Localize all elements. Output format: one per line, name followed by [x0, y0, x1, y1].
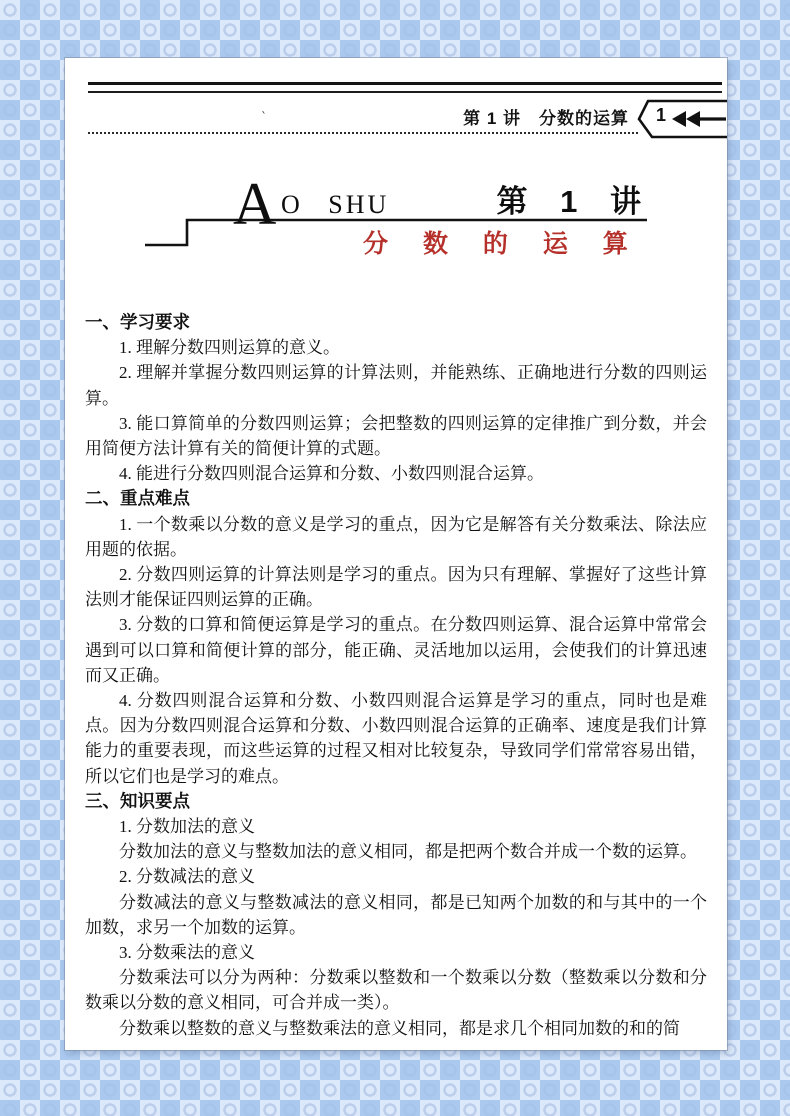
paragraph: 2. 分数四则运算的计算法则是学习的重点。因为只有理解、掌握好了这些计算法则才能… [85, 562, 707, 612]
logo-text: O SHU [281, 190, 389, 220]
paragraph: 4. 能进行分数四则混合运算和分数、小数四则混合运算。 [85, 461, 707, 486]
paragraph: 3. 分数乘法的意义 [85, 940, 707, 965]
page-number: 1 [651, 105, 671, 126]
paragraph: 1. 一个数乘以分数的意义是学习的重点，因为它是解答有关分数乘法、除法应用题的依… [85, 512, 707, 562]
paragraph: 分数乘以整数的意义与整数乘法的意义相同，都是求几个相同加数的和的简 [85, 1016, 707, 1041]
paragraph: 1. 分数加法的意义 [85, 814, 707, 839]
lecture-masthead: A O SHU 第 1 讲 分 数 的 运 算 [135, 176, 695, 271]
lecture-number: 第 1 讲 [497, 176, 653, 221]
screenshot-root: { "page": { "header": { "chapter_label":… [0, 0, 790, 1116]
lecture-title: 分 数 的 运 算 [363, 224, 642, 260]
paragraph: 2. 分数减法的意义 [85, 864, 707, 889]
section-heading: 一、学习要求 [85, 310, 707, 335]
page-number-tab: 1 [635, 98, 727, 140]
paragraph: 分数加法的意义与整数加法的意义相同，都是把两个数合并成一个数的运算。 [85, 839, 707, 864]
top-double-rule [88, 82, 722, 93]
paragraph: 4. 分数四则混合运算和分数、小数四则混合运算是学习的重点，同时也是难点。因为分… [85, 688, 707, 789]
header-dotted-rule [88, 130, 638, 134]
book-page: 第 1 讲 分数的运算 1 ` A O SHU 第 1 讲 分 数 的 运 算 … [65, 58, 727, 1050]
paragraph: 3. 能口算简单的分数四则运算；会把整数的四则运算的定律推广到分数，并会用简便方… [85, 411, 707, 461]
section-heading: 三、知识要点 [85, 789, 707, 814]
paragraph: 1. 理解分数四则运算的意义。 [85, 335, 707, 360]
section-heading: 二、重点难点 [85, 486, 707, 511]
logo-letter-a: A [233, 174, 276, 234]
double-left-arrow-icon [635, 98, 727, 140]
paragraph: 分数乘法可以分为两种：分数乘以整数和一个数乘以分数（整数乘以分数和分数乘以分数的… [85, 965, 707, 1015]
body-sections: 一、学习要求1. 理解分数四则运算的意义。2. 理解并掌握分数四则运算的计算法则… [85, 310, 707, 1041]
paragraph: 分数减法的意义与整数减法的意义相同，都是已知两个加数的和与其中的一个加数，求另一… [85, 890, 707, 940]
paragraph: 2. 理解并掌握分数四则运算的计算法则，并能熟练、正确地进行分数的四则运算。 [85, 360, 707, 410]
paragraph: 3. 分数的口算和简便运算是学习的重点。在分数四则运算、混合运算中常常会遇到可以… [85, 612, 707, 688]
